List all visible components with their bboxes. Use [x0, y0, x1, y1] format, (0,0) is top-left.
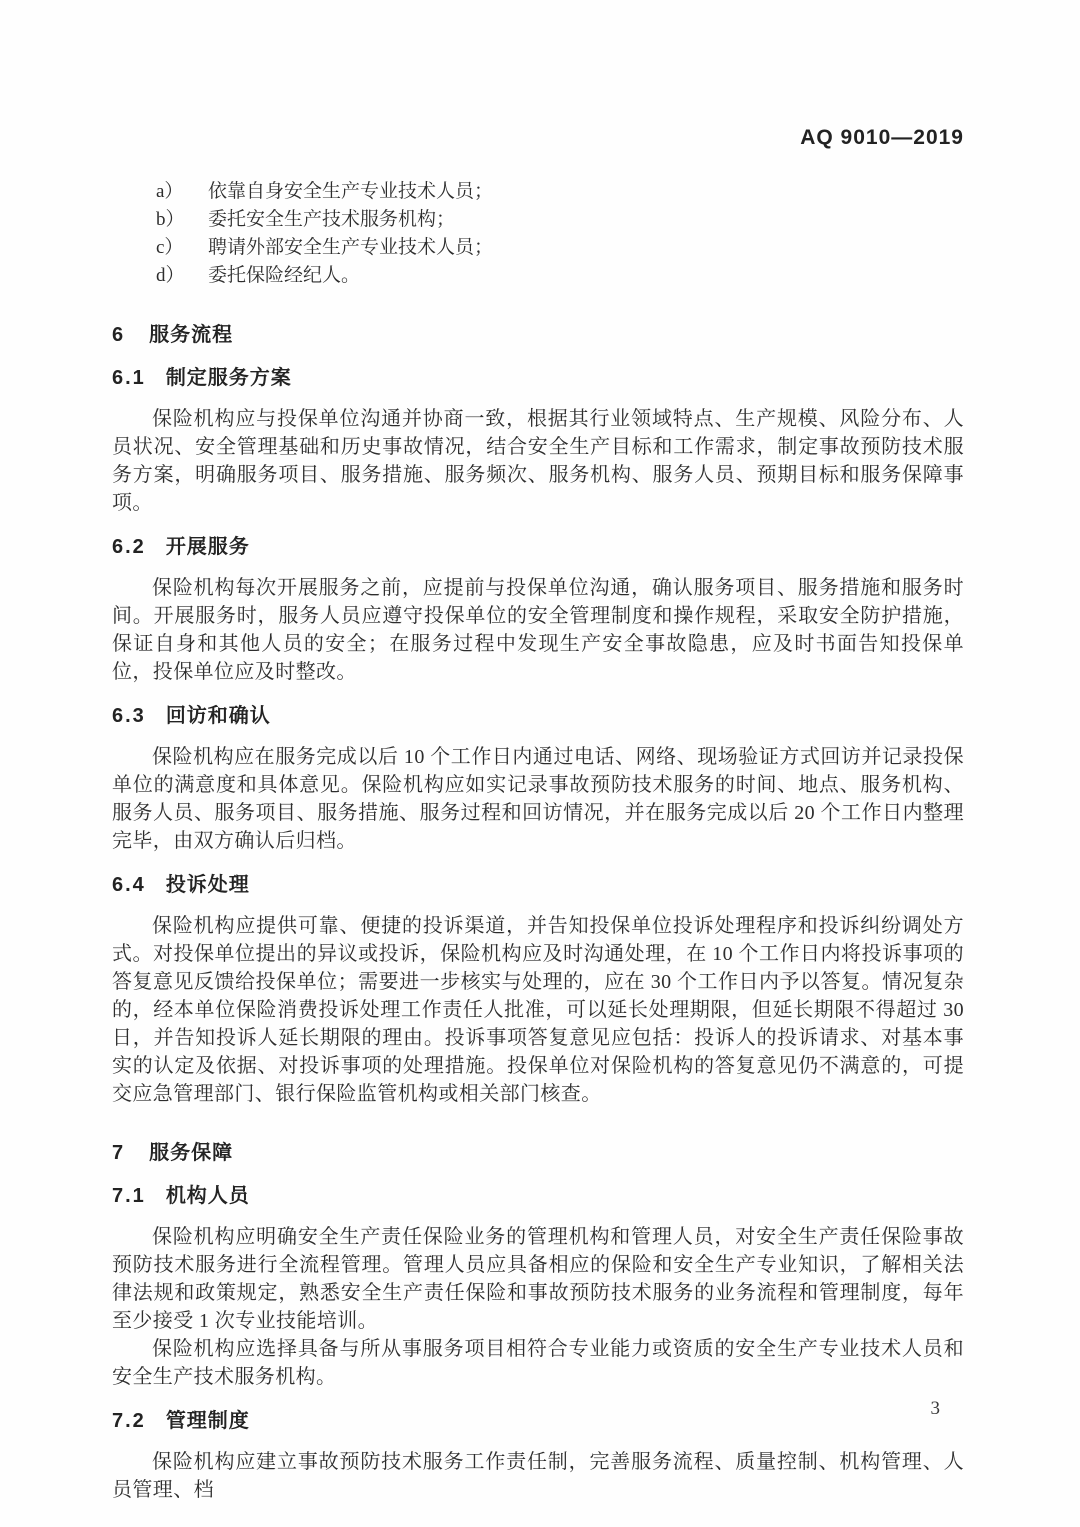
section-title: 开展服务	[166, 536, 250, 558]
paragraph-6-4: 保险机构应提供可靠、便捷的投诉渠道，并告知投保单位投诉处理程序和投诉纠纷调处方式…	[112, 912, 964, 1108]
intro-list: a） 依靠自身安全生产专业技术人员； b） 委托安全生产技术服务机构； c） 聘…	[156, 178, 964, 290]
section-number: 6.4	[112, 872, 146, 898]
list-item-label: a）	[156, 178, 208, 206]
section-heading-7: 7服务保障	[112, 1140, 964, 1166]
section-title: 投诉处理	[166, 874, 250, 896]
section-title: 机构人员	[166, 1185, 250, 1207]
list-item-label: b）	[156, 206, 208, 234]
section-title: 制定服务方案	[166, 367, 292, 389]
paragraph-6-3: 保险机构应在服务完成以后 10 个工作日内通过电话、网络、现场验证方式回访并记录…	[112, 743, 964, 855]
list-item-text: 依靠自身安全生产专业技术人员；	[208, 178, 493, 206]
section-number: 7.2	[112, 1408, 146, 1434]
section-number: 6.1	[112, 365, 146, 391]
section-title: 管理制度	[166, 1410, 250, 1432]
section-number: 7.1	[112, 1183, 146, 1209]
paragraph-7-2: 保险机构应建立事故预防技术服务工作责任制，完善服务流程、质量控制、机构管理、人员…	[112, 1448, 964, 1504]
subsection-heading-6-4: 6.4投诉处理	[112, 872, 964, 898]
standard-code-header: AQ 9010—2019	[112, 126, 964, 150]
subsection-heading-6-3: 6.3回访和确认	[112, 703, 964, 729]
subsection-heading-6-1: 6.1制定服务方案	[112, 365, 964, 391]
list-item: c） 聘请外部安全生产专业技术人员；	[156, 234, 964, 262]
section-title: 回访和确认	[166, 705, 271, 727]
page-number: 3	[931, 1398, 941, 1420]
list-item: d） 委托保险经纪人。	[156, 262, 964, 290]
list-item-text: 聘请外部安全生产专业技术人员；	[208, 234, 493, 262]
section-number: 6.3	[112, 703, 146, 729]
subsection-heading-7-1: 7.1机构人员	[112, 1183, 964, 1209]
section-title: 服务流程	[149, 324, 233, 346]
page-content: AQ 9010—2019 a） 依靠自身安全生产专业技术人员； b） 委托安全生…	[112, 126, 964, 1504]
paragraph-6-2: 保险机构每次开展服务之前，应提前与投保单位沟通，确认服务项目、服务措施和服务时间…	[112, 574, 964, 686]
list-item-text: 委托安全生产技术服务机构；	[208, 206, 455, 234]
section-title: 服务保障	[149, 1142, 233, 1164]
list-item-text: 委托保险经纪人。	[208, 262, 360, 290]
paragraph-7-1-b: 保险机构应选择具备与所从事服务项目相符合专业能力或资质的安全生产专业技术人员和安…	[112, 1335, 964, 1391]
paragraph-7-1-a: 保险机构应明确安全生产责任保险业务的管理机构和管理人员，对安全生产责任保险事故预…	[112, 1223, 964, 1335]
list-item-label: d）	[156, 262, 208, 290]
paragraph-6-1: 保险机构应与投保单位沟通并协商一致，根据其行业领域特点、生产规模、风险分布、人员…	[112, 405, 964, 517]
section-number: 6	[112, 322, 125, 348]
list-item: b） 委托安全生产技术服务机构；	[156, 206, 964, 234]
section-number: 6.2	[112, 534, 146, 560]
subsection-heading-7-2: 7.2管理制度	[112, 1408, 964, 1434]
list-item: a） 依靠自身安全生产专业技术人员；	[156, 178, 964, 206]
section-number: 7	[112, 1140, 125, 1166]
subsection-heading-6-2: 6.2开展服务	[112, 534, 964, 560]
document-page: AQ 9010—2019 a） 依靠自身安全生产专业技术人员； b） 委托安全生…	[0, 0, 1080, 1527]
section-heading-6: 6服务流程	[112, 322, 964, 348]
list-item-label: c）	[156, 234, 208, 262]
